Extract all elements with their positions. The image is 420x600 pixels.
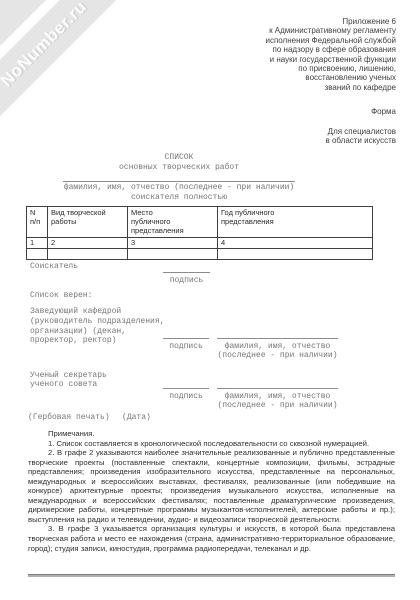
secretary-line: ученого совета: [30, 380, 107, 389]
column-numbers-row: 1 2 3 4: [27, 238, 373, 249]
form-label: Форма: [265, 107, 396, 116]
appendix-line: исполнения Федеральной службой: [265, 36, 396, 45]
audience-block: Для специалистов в области искусств: [265, 127, 396, 146]
name-caption-line-2: соискателя полностью: [28, 193, 330, 203]
secretary-line: Ученый секретарь: [30, 371, 107, 380]
table-header-row: N п/п Вид творческой работы Место публич…: [27, 207, 373, 238]
department-head-line: организации) (декан,: [30, 327, 164, 337]
appendix-line: восстановлению ученых: [265, 73, 396, 82]
col-number-cell: 1: [27, 238, 48, 249]
title-line-2: основных творческих работ: [28, 163, 330, 173]
signature-caption: подпись: [163, 389, 209, 401]
note-item-2: 2. В графе 2 указываются наиболее значит…: [28, 448, 395, 524]
note-item-3: 3. В графе 3 указывается организация кул…: [28, 524, 395, 553]
empty-entry-row: [27, 249, 373, 260]
col-header-work-type: Вид творческой работы: [48, 207, 128, 238]
notes-section: Примечания. 1. Список составляется в хро…: [28, 429, 395, 553]
col-header-place: Место публичного представления: [128, 207, 218, 238]
col-number-cell: 4: [218, 238, 373, 249]
name-caption: фамилия, имя, отчество (последнее - при …: [28, 183, 330, 202]
appendix-line: званий по кафедре: [265, 83, 396, 92]
list-correct-label: Список верен:: [30, 291, 92, 300]
appendix-line: по надзору в сфере образования: [265, 45, 396, 54]
name-caption-line-1: фамилия, имя, отчество (последнее - при …: [28, 183, 330, 193]
audience-line: в области искусств: [265, 136, 396, 145]
audience-line: Для специалистов: [265, 127, 396, 136]
col-header-number: N п/п: [27, 207, 48, 238]
notes-heading: Примечания.: [28, 429, 395, 439]
appendix-line: по присвоению, лишению,: [265, 64, 396, 73]
col-number-cell: 3: [128, 238, 218, 249]
document-title: СПИСОК основных творческих работ: [28, 153, 330, 173]
note-item-1: 1. Список составляется в хронологической…: [28, 439, 395, 449]
name-caption-line-2: (последнее - при наличии): [217, 351, 337, 360]
department-head-line: (руководитель подразделения,: [30, 317, 164, 327]
empty-cell: [128, 249, 218, 260]
head-signature-line: подпись: [163, 338, 209, 351]
name-caption-line-2: (последнее - при наличии): [217, 401, 337, 410]
title-line-1: СПИСОК: [28, 153, 330, 163]
document-page: NoNumber.ru Приложение 6 к Административ…: [0, 0, 420, 600]
empty-cell: [27, 249, 48, 260]
date-label: (Дата): [122, 413, 151, 422]
appendix-line: и науки государственной функции: [265, 55, 396, 64]
stamp-label: (Гербовая печать): [28, 413, 110, 422]
head-name-line: фамилия, имя, отчество (последнее - при …: [217, 338, 338, 361]
name-caption-line-1: фамилия, имя, отчество: [225, 392, 331, 401]
department-head-title: Заведующий кафедрой (руководитель подраз…: [30, 307, 164, 346]
empty-cell: [48, 249, 128, 260]
name-caption: фамилия, имя, отчество (последнее - при …: [217, 389, 338, 411]
appendix-header: Приложение 6 к Административному регламе…: [265, 17, 396, 145]
appendix-line: к Административному регламенту: [265, 26, 396, 35]
department-head-line: Заведующий кафедрой: [30, 307, 164, 317]
secretary-name-line: фамилия, имя, отчество (последнее - при …: [217, 388, 338, 411]
works-table: N п/п Вид творческой работы Место публич…: [26, 206, 373, 260]
empty-cell: [218, 249, 373, 260]
col-header-year: Год публичного представления: [218, 207, 373, 238]
applicant-signature-line: подпись: [163, 272, 210, 285]
name-caption-line-1: фамилия, имя, отчество: [225, 342, 331, 351]
appendix-line: Приложение 6: [265, 17, 396, 26]
secretary-signature-line: подпись: [163, 388, 209, 401]
col-number-cell: 2: [48, 238, 128, 249]
name-caption: фамилия, имя, отчество (последнее - при …: [217, 339, 338, 361]
department-head-line: проректор, ректор): [30, 336, 164, 346]
applicant-name-line: [63, 181, 295, 182]
signature-caption: подпись: [163, 339, 209, 351]
bottom-divider: [28, 574, 395, 577]
applicant-label: Соискатель: [30, 262, 78, 271]
secretary-title: Ученый секретарь ученого совета: [30, 371, 107, 389]
signature-caption: подпись: [163, 273, 210, 285]
